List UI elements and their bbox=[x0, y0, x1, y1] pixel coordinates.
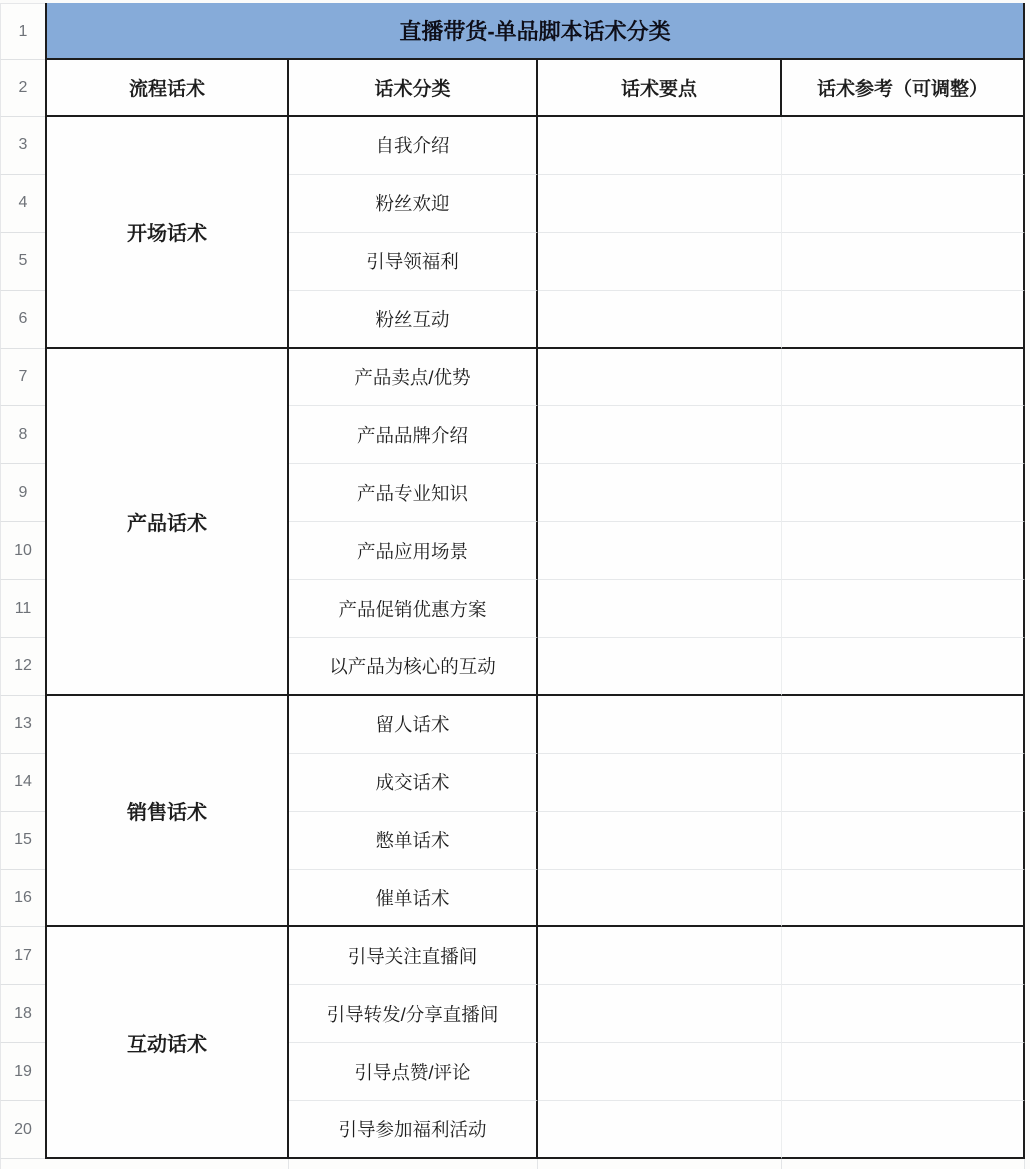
column-header-2[interactable]: 话术要点 bbox=[538, 60, 782, 117]
category-cell[interactable]: 以产品为核心的互动 bbox=[289, 638, 538, 696]
keypoints-cell[interactable] bbox=[538, 464, 782, 522]
keypoints-cell[interactable] bbox=[538, 1043, 782, 1101]
reference-cell[interactable] bbox=[782, 696, 1025, 754]
keypoints-cell[interactable] bbox=[538, 1101, 782, 1159]
reference-cell[interactable] bbox=[782, 985, 1025, 1043]
reference-cell[interactable] bbox=[782, 175, 1025, 233]
keypoints-cell[interactable] bbox=[538, 638, 782, 696]
row-number[interactable]: 3 bbox=[0, 117, 45, 175]
keypoints-cell[interactable] bbox=[538, 175, 782, 233]
category-cell[interactable]: 产品应用场景 bbox=[289, 522, 538, 580]
group-cell[interactable]: 开场话术 bbox=[45, 117, 289, 349]
keypoints-cell[interactable] bbox=[538, 522, 782, 580]
category-cell[interactable]: 催单话术 bbox=[289, 870, 538, 928]
reference-cell[interactable] bbox=[782, 464, 1025, 522]
column-header-0[interactable]: 流程话术 bbox=[45, 60, 289, 117]
category-cell[interactable]: 产品品牌介绍 bbox=[289, 406, 538, 464]
spreadsheet: 1234567891011121314151617181920直播带货-单品脚本… bbox=[0, 0, 1030, 1169]
column-header-1[interactable]: 话术分类 bbox=[289, 60, 538, 117]
keypoints-cell[interactable] bbox=[538, 406, 782, 464]
category-cell[interactable]: 粉丝欢迎 bbox=[289, 175, 538, 233]
row-number[interactable]: 2 bbox=[0, 60, 45, 117]
sliver-process bbox=[45, 1159, 289, 1169]
row-number[interactable]: 15 bbox=[0, 812, 45, 870]
reference-cell[interactable] bbox=[782, 1043, 1025, 1101]
reference-cell[interactable] bbox=[782, 233, 1025, 291]
sliver-keypoints bbox=[538, 1159, 782, 1169]
row-number[interactable]: 20 bbox=[0, 1101, 45, 1159]
row-number[interactable]: 19 bbox=[0, 1043, 45, 1101]
row-number[interactable]: 16 bbox=[0, 870, 45, 928]
reference-cell[interactable] bbox=[782, 117, 1025, 175]
category-cell[interactable]: 留人话术 bbox=[289, 696, 538, 754]
keypoints-cell[interactable] bbox=[538, 927, 782, 985]
category-cell[interactable]: 憋单话术 bbox=[289, 812, 538, 870]
sliver-reference bbox=[782, 1159, 1025, 1169]
category-cell[interactable]: 成交话术 bbox=[289, 754, 538, 812]
column-header-3[interactable]: 话术参考（可调整） bbox=[782, 60, 1025, 117]
reference-cell[interactable] bbox=[782, 1101, 1025, 1159]
category-cell[interactable]: 引导点赞/评论 bbox=[289, 1043, 538, 1101]
keypoints-cell[interactable] bbox=[538, 580, 782, 638]
keypoints-cell[interactable] bbox=[538, 812, 782, 870]
category-cell[interactable]: 粉丝互动 bbox=[289, 291, 538, 349]
keypoints-cell[interactable] bbox=[538, 985, 782, 1043]
group-cell[interactable]: 销售话术 bbox=[45, 696, 289, 928]
row-number[interactable]: 8 bbox=[0, 406, 45, 464]
sheet-title-cell[interactable]: 直播带货-单品脚本话术分类 bbox=[45, 3, 1025, 60]
keypoints-cell[interactable] bbox=[538, 117, 782, 175]
category-cell[interactable]: 引导转发/分享直播间 bbox=[289, 985, 538, 1043]
group-cell[interactable]: 互动话术 bbox=[45, 927, 289, 1159]
row-number[interactable]: 9 bbox=[0, 464, 45, 522]
keypoints-cell[interactable] bbox=[538, 349, 782, 407]
reference-cell[interactable] bbox=[782, 754, 1025, 812]
reference-cell[interactable] bbox=[782, 927, 1025, 985]
reference-cell[interactable] bbox=[782, 870, 1025, 928]
reference-cell[interactable] bbox=[782, 349, 1025, 407]
row-number[interactable]: 13 bbox=[0, 696, 45, 754]
keypoints-cell[interactable] bbox=[538, 696, 782, 754]
group-cell[interactable]: 产品话术 bbox=[45, 349, 289, 696]
keypoints-cell[interactable] bbox=[538, 870, 782, 928]
category-cell[interactable]: 产品卖点/优势 bbox=[289, 349, 538, 407]
sliver-category bbox=[289, 1159, 538, 1169]
category-cell[interactable]: 自我介绍 bbox=[289, 117, 538, 175]
keypoints-cell[interactable] bbox=[538, 233, 782, 291]
category-cell[interactable]: 引导领福利 bbox=[289, 233, 538, 291]
reference-cell[interactable] bbox=[782, 812, 1025, 870]
row-number[interactable]: 10 bbox=[0, 522, 45, 580]
category-cell[interactable]: 引导参加福利活动 bbox=[289, 1101, 538, 1159]
row-number[interactable]: 18 bbox=[0, 985, 45, 1043]
category-cell[interactable]: 产品促销优惠方案 bbox=[289, 580, 538, 638]
row-number[interactable]: 4 bbox=[0, 175, 45, 233]
reference-cell[interactable] bbox=[782, 522, 1025, 580]
row-number[interactable]: 7 bbox=[0, 349, 45, 407]
spreadsheet-grid: 1234567891011121314151617181920直播带货-单品脚本… bbox=[0, 3, 1025, 1169]
category-cell[interactable]: 产品专业知识 bbox=[289, 464, 538, 522]
row-number[interactable]: 11 bbox=[0, 580, 45, 638]
row-number[interactable]: 6 bbox=[0, 291, 45, 349]
category-cell[interactable]: 引导关注直播间 bbox=[289, 927, 538, 985]
row-number[interactable]: 17 bbox=[0, 927, 45, 985]
row-number[interactable]: 12 bbox=[0, 638, 45, 696]
row-number[interactable]: 1 bbox=[0, 3, 45, 60]
row-number[interactable]: 5 bbox=[0, 233, 45, 291]
reference-cell[interactable] bbox=[782, 406, 1025, 464]
row-number[interactable]: 14 bbox=[0, 754, 45, 812]
sliver-rownum bbox=[0, 1159, 45, 1169]
reference-cell[interactable] bbox=[782, 580, 1025, 638]
reference-cell[interactable] bbox=[782, 291, 1025, 349]
keypoints-cell[interactable] bbox=[538, 754, 782, 812]
keypoints-cell[interactable] bbox=[538, 291, 782, 349]
reference-cell[interactable] bbox=[782, 638, 1025, 696]
